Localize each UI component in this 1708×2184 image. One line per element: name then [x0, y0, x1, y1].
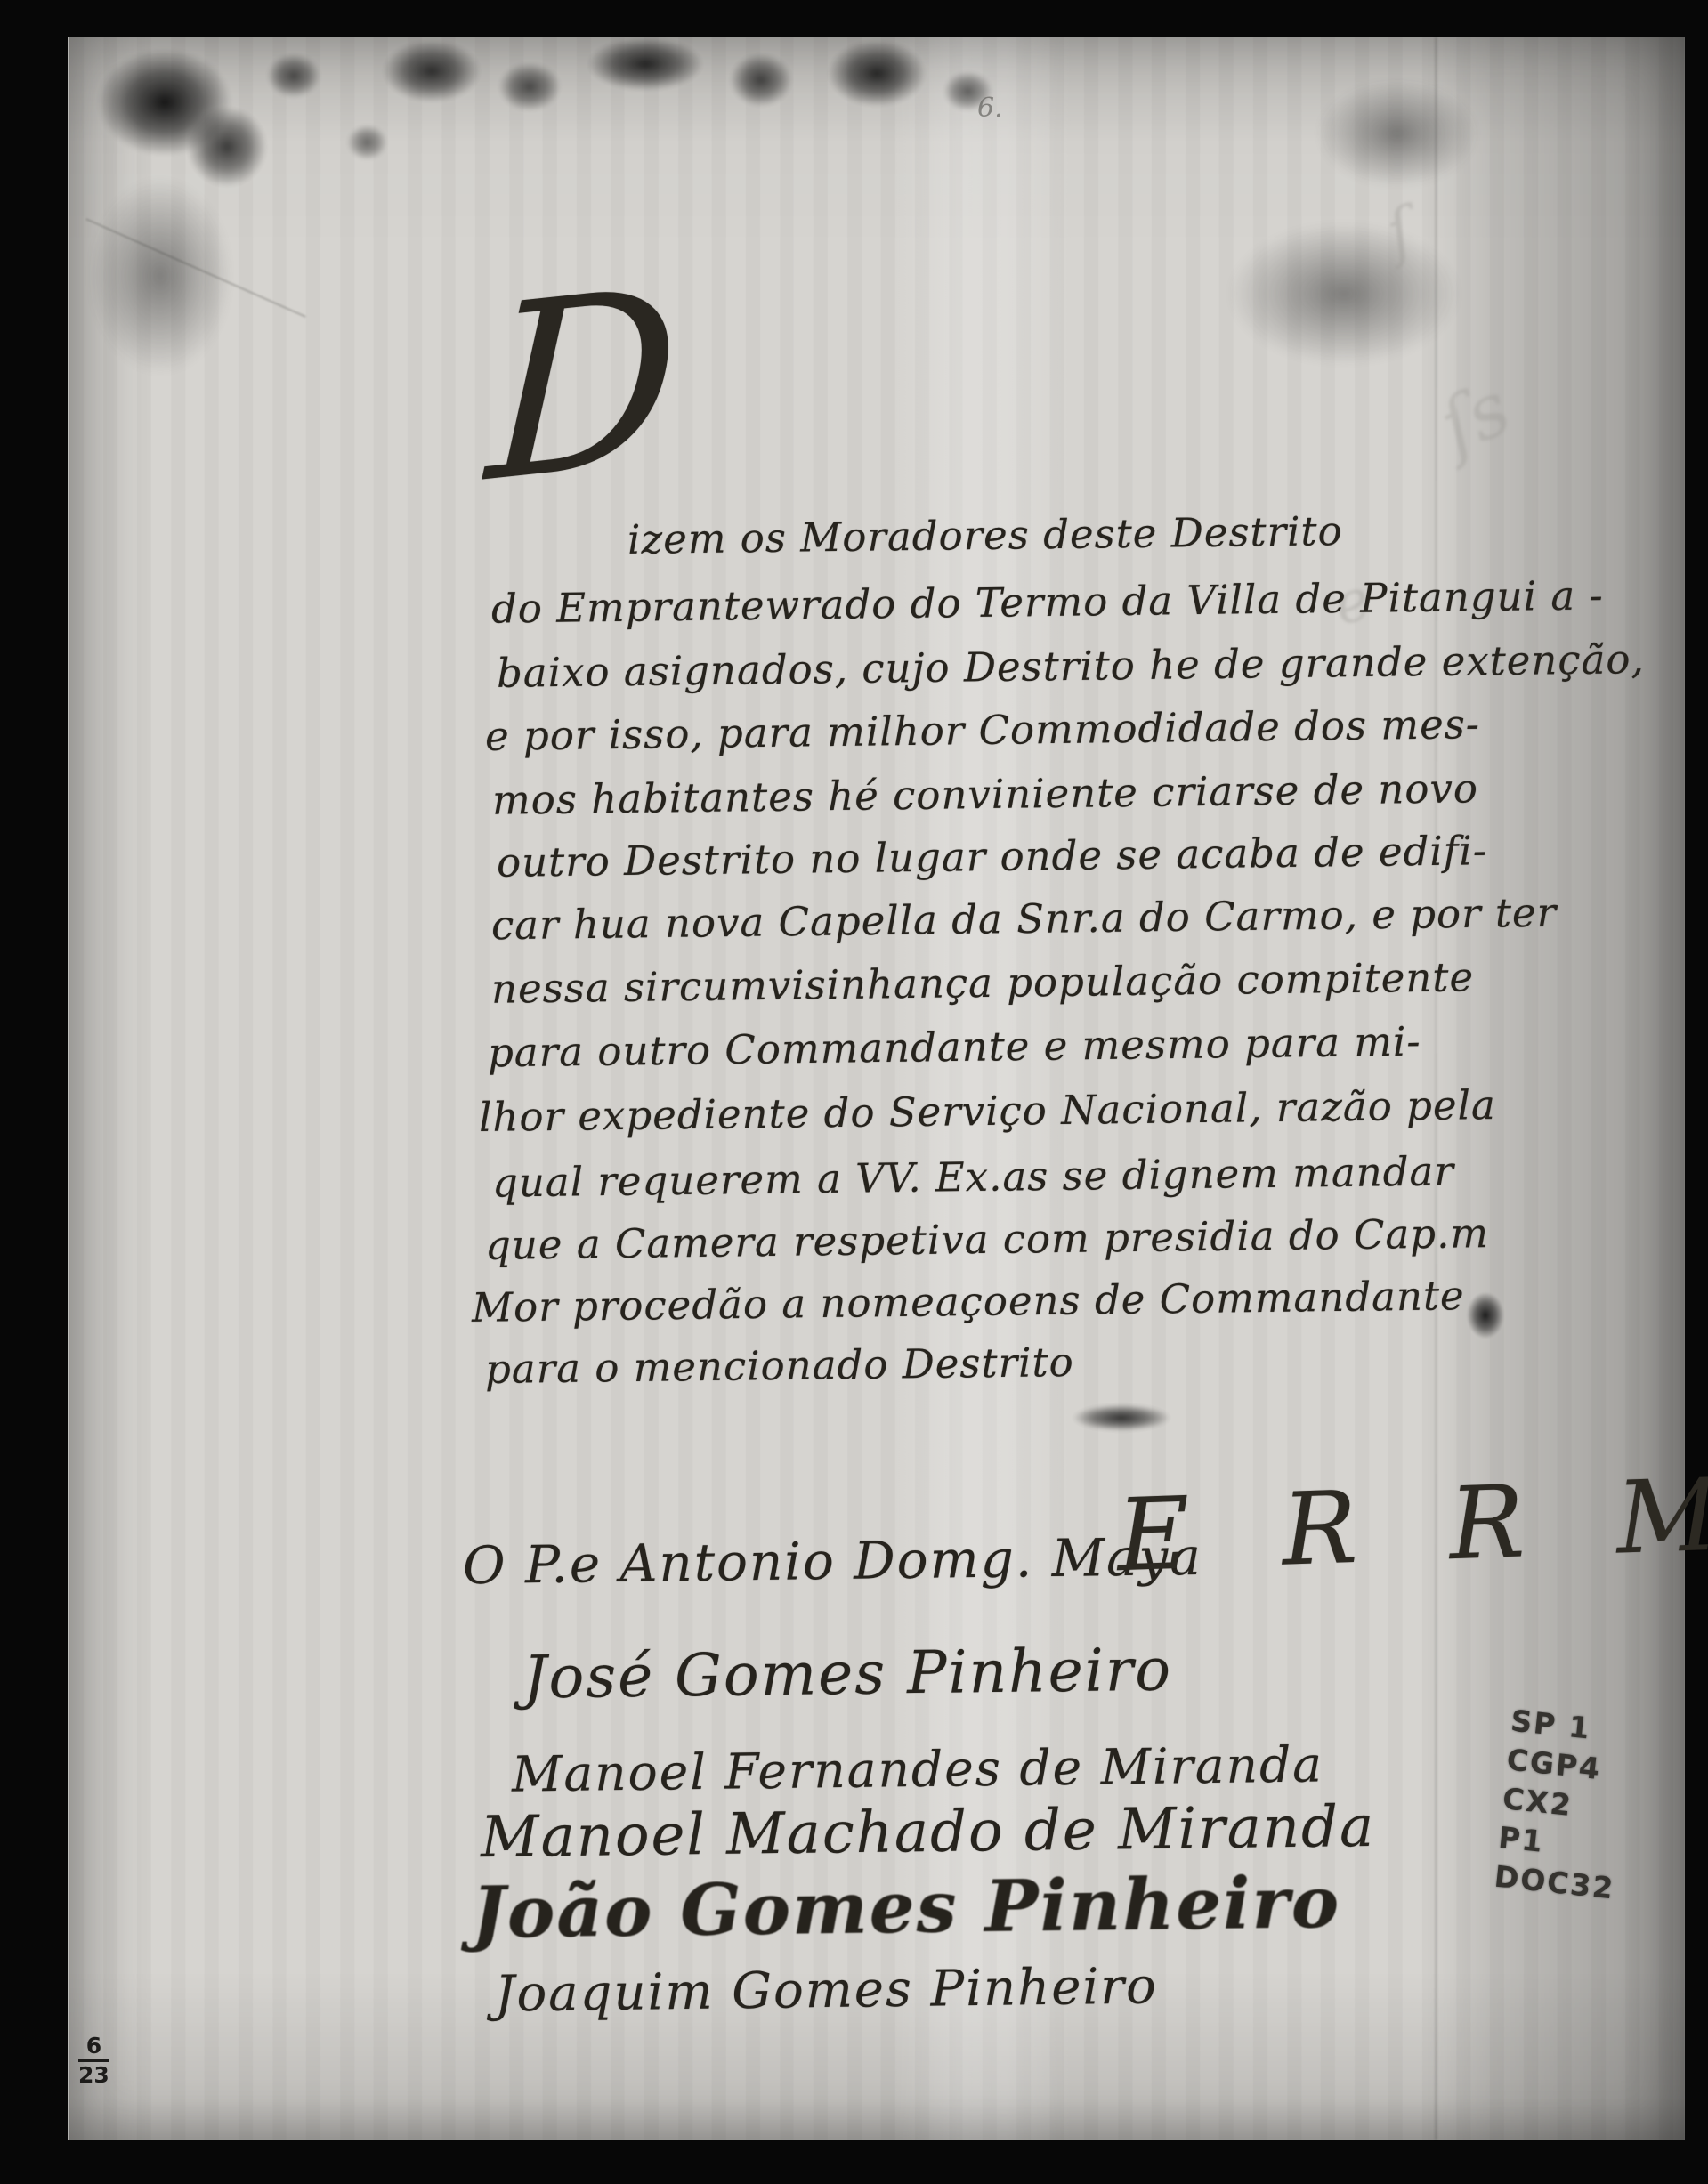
paper-smudge [1228, 222, 1460, 365]
manuscript-line: izem os Moradores deste Destrito [627, 507, 1343, 563]
ink-smear [1073, 1404, 1170, 1431]
signature: João Gomes Pinheiro [471, 1860, 1340, 1954]
folio-numerator: 6 [78, 2034, 109, 2058]
folio-fraction: 6 23 [78, 2034, 109, 2087]
ink-stain [267, 53, 320, 98]
ink-stain [730, 53, 792, 107]
paper-smudge [89, 178, 231, 374]
ink-stain [1467, 1292, 1504, 1339]
paper-smudge [1317, 80, 1477, 187]
ink-stain [498, 62, 561, 111]
ink-stain [587, 37, 703, 91]
manuscript-line: para o mencionado Destrito [485, 1339, 1074, 1393]
page-number-mark: 6. [977, 93, 1003, 124]
ink-stain [383, 40, 481, 102]
signature: Manoel Fernandes de Miranda [512, 1735, 1324, 1802]
ink-stain [347, 125, 387, 160]
ink-stain [187, 107, 267, 187]
signature-priest: O P.e Antonio Domg. Maya [463, 1526, 1203, 1596]
signature: Manoel Machado de Miranda [481, 1794, 1376, 1871]
scanned-manuscript: { "page": { "top_right_mark": "6.", "bot… [0, 0, 1708, 2184]
opening-initial: D [484, 256, 683, 517]
flourish-letters: E R R M [1115, 1457, 1708, 1595]
folio-denominator: 23 [78, 2064, 109, 2087]
flourish-erm: E R R Mce [1115, 1455, 1708, 1594]
ink-stain [828, 40, 926, 107]
archive-reference-note: SP 1 CGP4 CX2 P1 DOC32 [1493, 1702, 1633, 1909]
signature: José Gomes Pinheiro [523, 1636, 1173, 1712]
signature: Joaquim Gomes Pinheiro [495, 1957, 1159, 2023]
